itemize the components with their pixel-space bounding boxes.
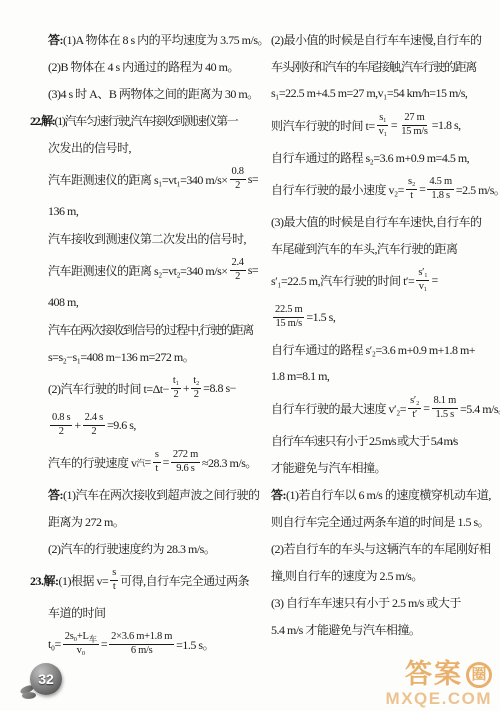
watermark-logo-icon: 圈 [466, 662, 492, 688]
text-line: 自行车行驶的最小速度 v₂=s₂t=4.5 m1.8 s=2.5 m/s。 [257, 171, 487, 208]
text-line: 自行车通过的路程 s′₂=3.6 m+0.9 m+1.8 m+ [257, 336, 487, 363]
text-line: 汽车接收到测速仪第二次发出的信号时, [30, 225, 248, 252]
text-line: (3) 自行车车速只有小于 2.5 m/s 或大于 [257, 589, 487, 616]
text-line: 答:(1)A 物体在 8 s 内的平均速度为 3.75 m/s。 [30, 26, 248, 53]
text-line: 车道的时间 [30, 599, 248, 626]
text-line: (3)最大值的时候是自行车车速快,自行车的 [257, 208, 487, 235]
text-line: 车尾碰到汽车的车头,汽车行驶的距离 [257, 235, 487, 262]
page-number: 32 [38, 671, 54, 687]
text-line: 自行车车速只有小于 2.5 m/s 或大于 5.4 m/s [257, 427, 487, 454]
text-line: 408 m, [30, 289, 248, 316]
text-line: (2)汽车的行驶速度约为 28.3 m/s。 [30, 535, 248, 562]
right-column: (2)最小值的时候是自行车车速慢,自行车的车头刚好和汽车的车尾接触,汽车行驶的距… [257, 26, 487, 643]
left-column: 答:(1)A 物体在 8 s 内的平均速度为 3.75 m/s。(2)B 物体在… [30, 26, 248, 663]
text-line: (3)4 s 时 A、B 两物体之间的距离为 30 m。 [30, 80, 248, 107]
text-line: 自行车行驶的最大速度 v′₂=s′₂t′=8.1 m1.5 s=5.4 m/s。 [257, 390, 487, 427]
text-line: s=s₂−s₁=408 m−136 m=272 m。 [30, 343, 248, 370]
text-line: s₁=22.5 m+4.5 m=27 m,v₁=54 km/h=15 m/s, [257, 80, 487, 107]
text-line: 答:(1)汽车在两次接收到超声波之间行驶的 [30, 481, 248, 508]
text-line: 车头刚好和汽车的车尾接触,汽车行驶的距离 [257, 53, 487, 80]
text-line: 0.8 s2+2.4 s2=9.6 s, [30, 407, 248, 444]
text-line: (2)B 物体在 4 s 内通过的路程为 40 m。 [30, 53, 248, 80]
text-columns: 答:(1)A 物体在 8 s 内的平均速度为 3.75 m/s。(2)B 物体在… [0, 0, 500, 663]
watermark-site: MXQE.COM [386, 689, 492, 709]
text-line: (2)最小值的时候是自行车车速慢,自行车的 [257, 26, 487, 53]
text-line: 汽车的行驶速度 v汽=st=272 m9.6 s≈28.3 m/s。 [30, 444, 248, 481]
text-line: (2)若自行车的车头与这辆汽车的车尾刚好相 [257, 535, 487, 562]
text-line: 撞,则自行车的速度为 2.5 m/s。 [257, 562, 487, 589]
watermark-brand: 答案 圈 [386, 661, 492, 688]
workbook-answer-page: 答:(1)A 物体在 8 s 内的平均速度为 3.75 m/s。(2)B 物体在… [0, 0, 500, 711]
text-line: 汽车距测速仪的距离 s₂=vt₂=340 m/s×2.42 s= [30, 252, 248, 289]
text-line: 距离为 272 m。 [30, 508, 248, 535]
text-line: 5.4 m/s 才能避免与汽车相撞。 [257, 616, 487, 643]
text-line: t₀=2s₀+L车v₀=2×3.6 m+1.8 m6 m/s=1.5 s。 [30, 626, 248, 663]
text-line: 自行车通过的路程 s₂=3.6 m+0.9 m=4.5 m, [257, 144, 487, 171]
text-line: (2)汽车行驶的时间 t=Δt−t₁2+t₂2=8.8 s− [30, 370, 248, 407]
text-line: 22.5 m15 m/s=1.5 s, [257, 299, 487, 336]
text-line: 1.8 m=8.1 m, [257, 363, 487, 390]
watermark: 答案 圈 MXQE.COM [386, 661, 492, 709]
text-line: 次发出的信号时, [30, 134, 248, 161]
leaf-icon [21, 691, 36, 700]
text-line: 则汽车行驶的时间 t=s₁v₁=27 m15 m/s=1.8 s, [257, 107, 487, 144]
watermark-brand-text: 答案 [405, 661, 463, 688]
text-line: 才能避免与汽车相撞。 [257, 454, 487, 481]
text-line: 汽车在两次接收到信号的过程中,行驶的距离 [30, 316, 248, 343]
text-line: s′₁=22.5 m,汽车行驶的时间 t′=s′₁v₁= [257, 262, 487, 299]
text-line: 答:(1)若自行车以 6 m/s 的速度横穿机动车道, [257, 481, 487, 508]
page-number-sphere: 32 [30, 663, 62, 695]
page-number-badge: 32 [20, 661, 66, 701]
text-line: 22.解:(1)汽车匀速行驶,汽车接收到测速仪第一 [30, 107, 248, 134]
text-line: 23.解:(1)根据 v=st可得,自行车完全通过两条 [30, 562, 248, 599]
text-line: 汽车距测速仪的距离 s₁=vt₁=340 m/s×0.82 s= [30, 161, 248, 198]
text-line: 则自行车完全通过两条车道的时间是 1.5 s。 [257, 508, 487, 535]
text-line: 136 m, [30, 198, 248, 225]
